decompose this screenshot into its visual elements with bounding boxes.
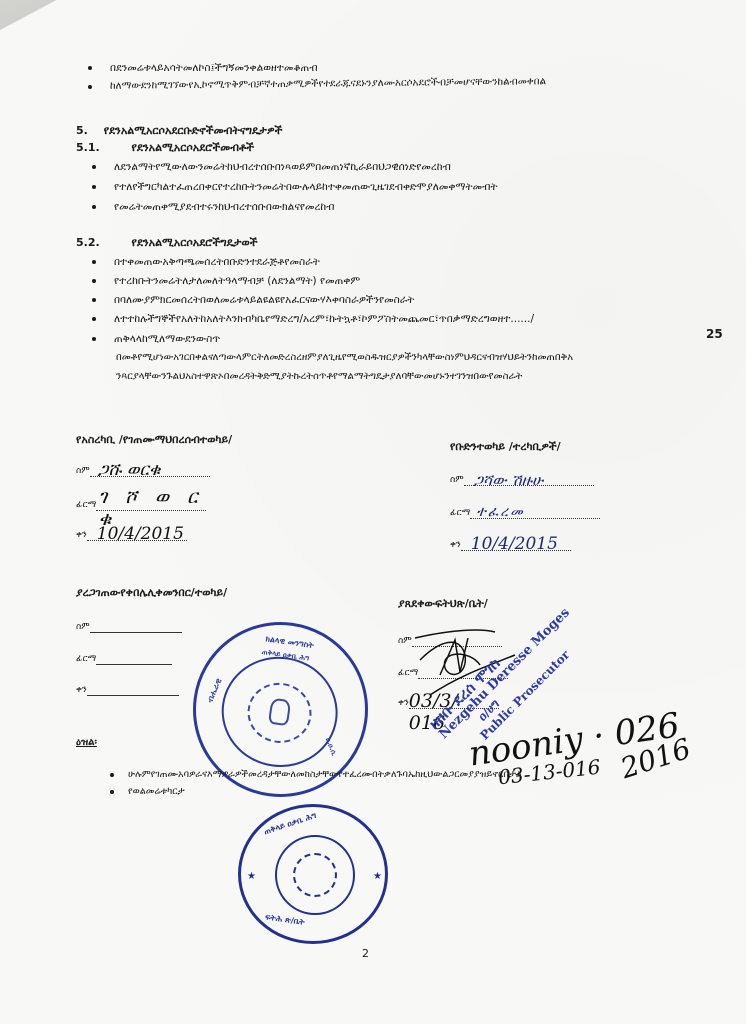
handwritten-date: 10/4/2015 bbox=[97, 524, 184, 544]
list-item: የወልመሬቱካርታ bbox=[110, 786, 185, 797]
bullet-text: ሁሉምየገጠሙአባዎራናእማዎራዎችመረዳታቸውለመከስታቸውየተፈረሙበትቃለ… bbox=[128, 769, 522, 780]
bullet-text: ለደንልማትየሚውለውንመሬትከህብረተሰቡበነጻወይምበመጠነኛኪራይበህጋዊ… bbox=[114, 161, 451, 174]
bullet-text: የተረከቡትንመሬትለታለመለትዓላማብቻ (ለደንልማት) የመጠቀም bbox=[114, 275, 360, 288]
receiver-title: የቡድንተወካይ /ተረካቢዎች/ bbox=[450, 440, 561, 453]
bullet-icon bbox=[92, 337, 96, 341]
receiver-date-field: ቀን10/4/2015 bbox=[450, 532, 571, 551]
list-item: ለደንልማትየሚውለውንመሬትከህብረተሰቡበነጻወይምበመጠነኛኪራይበህጋዊ… bbox=[92, 161, 451, 174]
office-stamp: ጠቅላይ ዐቃቤ ሕግ ፍትሕ ጽ/ቤት ★ ★ bbox=[238, 804, 388, 944]
bullet-text: በባለሙያምክርመሰረትበወለመሬቱላይልዩልዩየአፈርናውሃእቀባስራዎችንየ… bbox=[114, 294, 414, 307]
transferor-date-field: ቀን10/4/2015 bbox=[76, 522, 187, 541]
bullet-icon bbox=[110, 790, 114, 794]
date-label: ቀን bbox=[398, 698, 409, 708]
transferor-name-field: ስምጋሹ ወርቁ bbox=[76, 458, 210, 477]
date-label: ቀን bbox=[76, 530, 87, 540]
bullet-icon bbox=[88, 66, 92, 70]
list-item: የመሬትመጠቀሚያደብተሩንከህብረተሰቡበውክልናየመረከብ bbox=[92, 201, 335, 214]
list-item: ሁሉምየገጠሙአባዎራናእማዎራዎችመረዳታቸውለመከስታቸውየተፈረሙበትቃለ… bbox=[110, 769, 522, 780]
paragraph-line: በመቶየሚሆነውአገርበቀልናለጣውላምርትለመድረስረዘምያለጊዜየሚወስዱዝ… bbox=[116, 352, 573, 364]
document-page: በደንመሬቱላይአሳትመለኮስ፤ችግኝመንቀልወዘተመቆጠብ ከለማውደንከሚገ… bbox=[0, 0, 746, 1024]
subsection-number: 5.2. bbox=[76, 236, 100, 249]
bullet-text: የተለየችግርካልተፈጠረበቀርየተረከቡትንመሬትበውሉላይከተቀመጠውጊዜገ… bbox=[114, 181, 498, 194]
handwritten-name: ጋሻው ሽዙሁ bbox=[474, 471, 544, 489]
date-label: ቀን bbox=[76, 685, 87, 695]
page-number: 2 bbox=[362, 947, 369, 960]
list-item: ለተተከሉችግኞችየአለትከአለትእንክብካቤየማድረግ/አረም፣ኩትኳቶ፣ኮም… bbox=[92, 313, 534, 326]
handwritten-signature: ተፈረመ bbox=[476, 504, 524, 520]
bullet-icon bbox=[88, 85, 92, 89]
name-label: ስም bbox=[76, 622, 90, 632]
bullet-icon bbox=[92, 260, 96, 264]
handwritten-date: 10/4/2015 bbox=[471, 534, 558, 554]
receiver-name-field: ስምጋሻው ሽዙሁ bbox=[450, 467, 594, 486]
verifier-title: ያረጋገጠውየቀበሌሊቀመንበር/ተወካይ/ bbox=[76, 586, 227, 599]
bullet-icon bbox=[92, 317, 96, 321]
subsection-title: የደንአልሚአርሶአደሮችግዴታወች bbox=[132, 236, 258, 249]
transferor-sign-field: ፊርማገ ሾ ወ ር ቁ bbox=[76, 492, 206, 511]
subsection-heading: 5.2. የደንአልሚአርሶአደሮችግዴታወች bbox=[76, 236, 258, 250]
paragraph-line: ንጻርያላቸውንጉልህአስተዋጽኦበመረዳትቅድሚያትኩረትሰጥቶየማልማትግዴ… bbox=[116, 371, 522, 383]
bullet-icon bbox=[92, 205, 96, 209]
subsection-number: 5.1. bbox=[76, 141, 100, 154]
subsection-title: የደንአልሚአርሶአደሮችመብቶች bbox=[132, 141, 254, 154]
note-title: ዕዝል፡ bbox=[76, 737, 97, 749]
star-icon: ★ bbox=[247, 871, 256, 882]
name-label: ስም bbox=[450, 475, 464, 485]
bullet-icon bbox=[110, 773, 114, 777]
sign-label: ፊርማ bbox=[76, 654, 96, 664]
star-icon: ★ bbox=[373, 871, 382, 882]
handwritten-name: ጋሹ ወርቁ bbox=[98, 460, 161, 480]
name-label: ስም bbox=[76, 466, 90, 476]
transferor-title: የአስረካቢ /የገጠሙማህበረሰብተወካይ/ bbox=[76, 433, 232, 446]
verifier-date-field: ቀን bbox=[76, 677, 179, 696]
approver-title: ያጸደቀውፍትህጽ/ቤት/ bbox=[398, 597, 488, 610]
bullet-text: የመሬትመጠቀሚያደብተሩንከህብረተሰቡበውክልናየመረከብ bbox=[114, 201, 335, 214]
verifier-sign-field: ፊርማ bbox=[76, 646, 172, 665]
bullet-icon bbox=[92, 279, 96, 283]
list-item: ከለማውደንከሚገኘውየኢኮኖሚጥቅምብቻኛተጠቃሚዎችየተደራጁናደኑንያለሙ… bbox=[88, 76, 546, 93]
list-item: በደንመሬቱላይአሳትመለኮስ፤ችግኝመንቀልወዘተመቆጠብ bbox=[88, 62, 318, 75]
list-item: ጠቅላላከሚለማውደንውስጥ bbox=[92, 333, 220, 346]
verifier-name-field: ስም bbox=[76, 614, 182, 633]
bullet-icon bbox=[92, 185, 96, 189]
scan-shadow bbox=[0, 0, 94, 47]
list-item: የተለየችግርካልተፈጠረበቀርየተረከቡትንመሬትበውሉላይከተቀመጠውጊዜገ… bbox=[92, 181, 498, 194]
bullet-text: በተቀመጠውአቅጣጫመሰረትበቡድንተደራጅቶየመስራት bbox=[114, 256, 320, 269]
section-number: 5. bbox=[76, 124, 88, 137]
bullet-text: በደንመሬቱላይአሳትመለኮስ፤ችግኝመንቀልወዘተመቆጠብ bbox=[110, 62, 318, 75]
bullet-text: የወልመሬቱካርታ bbox=[128, 786, 185, 797]
sign-label: ፊርማ bbox=[76, 500, 96, 510]
section-title: የደንአልሚአርሶአደርቡድኖችመብትናግዴታዎች bbox=[104, 124, 283, 137]
margin-number: 25 bbox=[706, 327, 723, 341]
list-item: በባለሙያምክርመሰረትበወለመሬቱላይልዩልዩየአፈርናውሃእቀባስራዎችንየ… bbox=[92, 294, 414, 307]
section-heading: 5. የደንአልሚአርሶአደርቡድኖችመብትናግዴታዎች bbox=[76, 124, 282, 138]
list-item: በተቀመጠውአቅጣጫመሰረትበቡድንተደራጅቶየመስራት bbox=[92, 256, 320, 269]
sign-label: ፊርማ bbox=[450, 508, 470, 518]
bullet-text: ለተተከሉችግኞችየአለትከአለትእንክብካቤየማድረግ/አረም፣ኩትኳቶ፣ኮም… bbox=[114, 313, 534, 326]
list-item: የተረከቡትንመሬትለታለመለትዓላማብቻ (ለደንልማት) የመጠቀም bbox=[92, 275, 360, 288]
bullet-text: ከለማውደንከሚገኘውየኢኮኖሚጥቅምብቻኛተጠቃሚዎችየተደራጁናደኑንያለሙ… bbox=[110, 76, 546, 93]
bullet-icon bbox=[92, 165, 96, 169]
bullet-icon bbox=[92, 298, 96, 302]
subsection-heading: 5.1. የደንአልሚአርሶአደሮችመብቶች bbox=[76, 141, 254, 155]
date-label: ቀን bbox=[450, 540, 461, 550]
receiver-sign-field: ፊርማተፈረመ bbox=[450, 500, 600, 519]
bullet-text: ጠቅላላከሚለማውደንውስጥ bbox=[114, 333, 220, 346]
